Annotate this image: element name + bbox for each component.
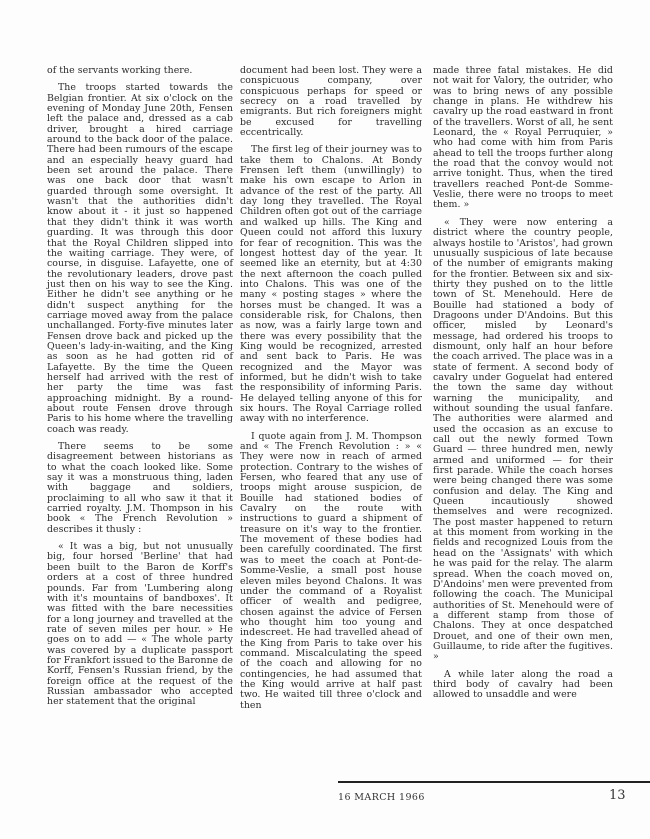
paragraph: « They were now entering a district wher… [433,218,613,663]
article-column-2: document had been lost. They were a cons… [240,66,422,718]
article-column-1: of the servants working there. The troop… [47,66,233,715]
paragraph: of the servants working there. [47,66,233,76]
paragraph: The troops started towards the Belgian f… [47,83,233,435]
paragraph: I quote again from J. M. Thompson and « … [240,432,422,711]
magazine-page: of the servants working there. The troop… [0,0,650,839]
page-number: 13 [609,788,626,803]
paragraph: The first leg of their journey was to ta… [240,145,422,424]
footer-rule [338,781,650,783]
paragraph: made three fatal mistakes. He did not wa… [433,66,613,211]
paragraph: « It was a big, but not unusually big, f… [47,542,233,708]
paragraph: document had been lost. They were a cons… [240,66,422,138]
footer-date: 16 MARCH 1966 [338,792,425,803]
article-column-3: made three fatal mistakes. He did not wa… [433,66,613,708]
paragraph: There seems to be some disagreement betw… [47,442,233,535]
paragraph: A while later along the road a third bod… [433,670,613,701]
